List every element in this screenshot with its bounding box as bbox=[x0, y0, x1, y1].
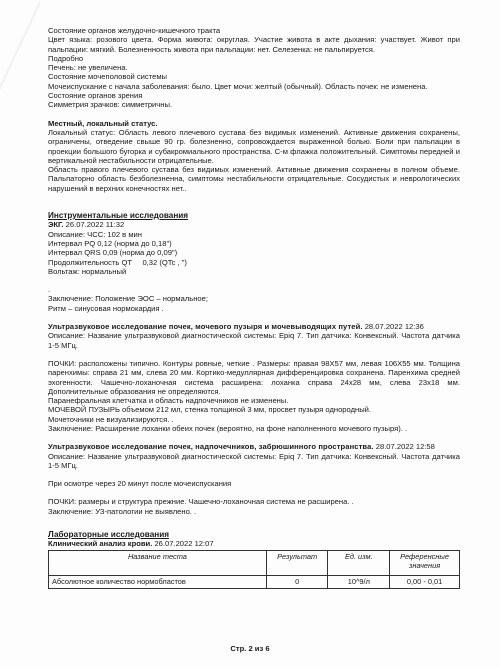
us1-header: Ультразвуковое исследование почек, мочев… bbox=[48, 322, 460, 331]
blood-label: Клинический анализ крови. bbox=[48, 539, 152, 548]
table-row: Абсолютное количество нормобластов 0 10^… bbox=[49, 575, 460, 588]
blood-header: Клинический анализ крови. 26.07.2022 12:… bbox=[48, 539, 460, 548]
us1-kidneys: ПОЧКИ: расположены типично. Контуры ровн… bbox=[48, 359, 460, 396]
us2-datetime: 28.07.2022 12:58 bbox=[376, 442, 435, 451]
gu-title: Состояние мочеполовой системы bbox=[48, 72, 460, 81]
ecg-conclusion-1: Заключение: Положение ЭОС – нормальное; bbox=[48, 294, 460, 303]
lab-results-table: Название теста Результат Ед. изм. Рефере… bbox=[48, 550, 460, 589]
gi-title: Состояние органов желудочно-кишечного тр… bbox=[48, 26, 460, 35]
document-page: Состояние органов желудочно-кишечного тр… bbox=[48, 26, 460, 589]
ecg-label: ЭКГ. bbox=[48, 220, 64, 229]
gi-detail: Подробно bbox=[48, 54, 460, 63]
us2-conclusion: Заключение: УЗ-патологии не выявлено. . bbox=[48, 507, 460, 516]
us1-bladder: МОЧЕВОЙ ПУЗЫРЬ объемом 212 мл, стенка то… bbox=[48, 405, 460, 414]
ecg-line: Интервал PQ 0,12 (норма до 0,18") bbox=[48, 239, 460, 248]
local-status-para2: Область правого плечевого сустава без ви… bbox=[48, 165, 460, 193]
col-result: Результат bbox=[266, 550, 328, 575]
local-status-para1: Локальный статус: Область левого плечево… bbox=[48, 128, 460, 165]
ecg-datetime: 26.07.2022 11:32 bbox=[66, 220, 125, 229]
liver-text: Печень: не увеличена. bbox=[48, 63, 460, 72]
gi-text: Цвет языка: розового цвета. Форма живота… bbox=[48, 35, 460, 54]
paper-crease bbox=[0, 0, 40, 90]
blood-datetime: 26.07.2022 12:07 bbox=[154, 539, 213, 548]
ecg-conclusion-2: Ритм – синусовая нормокардия . bbox=[48, 304, 460, 313]
us2-note: При осмотре через 20 минут после мочеисп… bbox=[48, 479, 460, 488]
page-number: Стр. 2 из 6 bbox=[0, 644, 500, 653]
local-status-title: Местный, локальный статус. bbox=[48, 119, 460, 128]
col-test-name: Название теста bbox=[49, 550, 267, 575]
ecg-line: Описание: ЧСС: 102 в мин bbox=[48, 230, 460, 239]
us1-paranephral: Паранефральная клетчатка и область надпо… bbox=[48, 396, 460, 405]
us2-description: Описание: Название ультразвуковой диагно… bbox=[48, 452, 460, 471]
vision-title: Состояние органов зрения bbox=[48, 91, 460, 100]
us1-ureters: Мочеточники не визуализируются. . bbox=[48, 415, 460, 424]
cell-result: 0 bbox=[266, 575, 328, 588]
table-header-row: Название теста Результат Ед. изм. Рефере… bbox=[49, 550, 460, 575]
vision-text: Симметрия зрачков: симметричны. bbox=[48, 100, 460, 109]
gu-text: Мочеиспускание с начала заболевания: был… bbox=[48, 82, 460, 91]
us1-conclusion: Заключение: Расширение лоханки обеих поч… bbox=[48, 424, 460, 433]
lab-title: Лабораторные исследования bbox=[48, 530, 460, 539]
us2-kidneys: ПОЧКИ: размеры и структура прежние. Чаше… bbox=[48, 497, 460, 506]
us1-datetime: 28.07.2022 12:36 bbox=[365, 322, 424, 331]
cell-test-name: Абсолютное количество нормобластов bbox=[49, 575, 267, 588]
us2-title: Ультразвуковое исследование почек, надпо… bbox=[48, 442, 374, 451]
ecg-line: Вольтаж: нормальный bbox=[48, 267, 460, 276]
ecg-line: Интервал QRS 0,09 (норма до 0,09") bbox=[48, 248, 460, 257]
us2-header: Ультразвуковое исследование почек, надпо… bbox=[48, 442, 460, 451]
instrumental-title: Инструментальные исследования bbox=[48, 211, 460, 220]
col-reference: Референсные значения bbox=[390, 550, 460, 575]
us1-description: Описание: Название ультразвуковой диагно… bbox=[48, 331, 460, 350]
us1-title: Ультразвуковое исследование почек, мочев… bbox=[48, 322, 363, 331]
ecg-line: Продолжительность QT 0,32 (QTc , ") bbox=[48, 258, 460, 267]
col-unit: Ед. изм. bbox=[328, 550, 390, 575]
cell-reference: 0,00 - 0,01 bbox=[390, 575, 460, 588]
cell-unit: 10^9/л bbox=[328, 575, 390, 588]
ecg-header: ЭКГ. 26.07.2022 11:32 bbox=[48, 220, 460, 229]
ecg-dot: . bbox=[48, 285, 460, 294]
